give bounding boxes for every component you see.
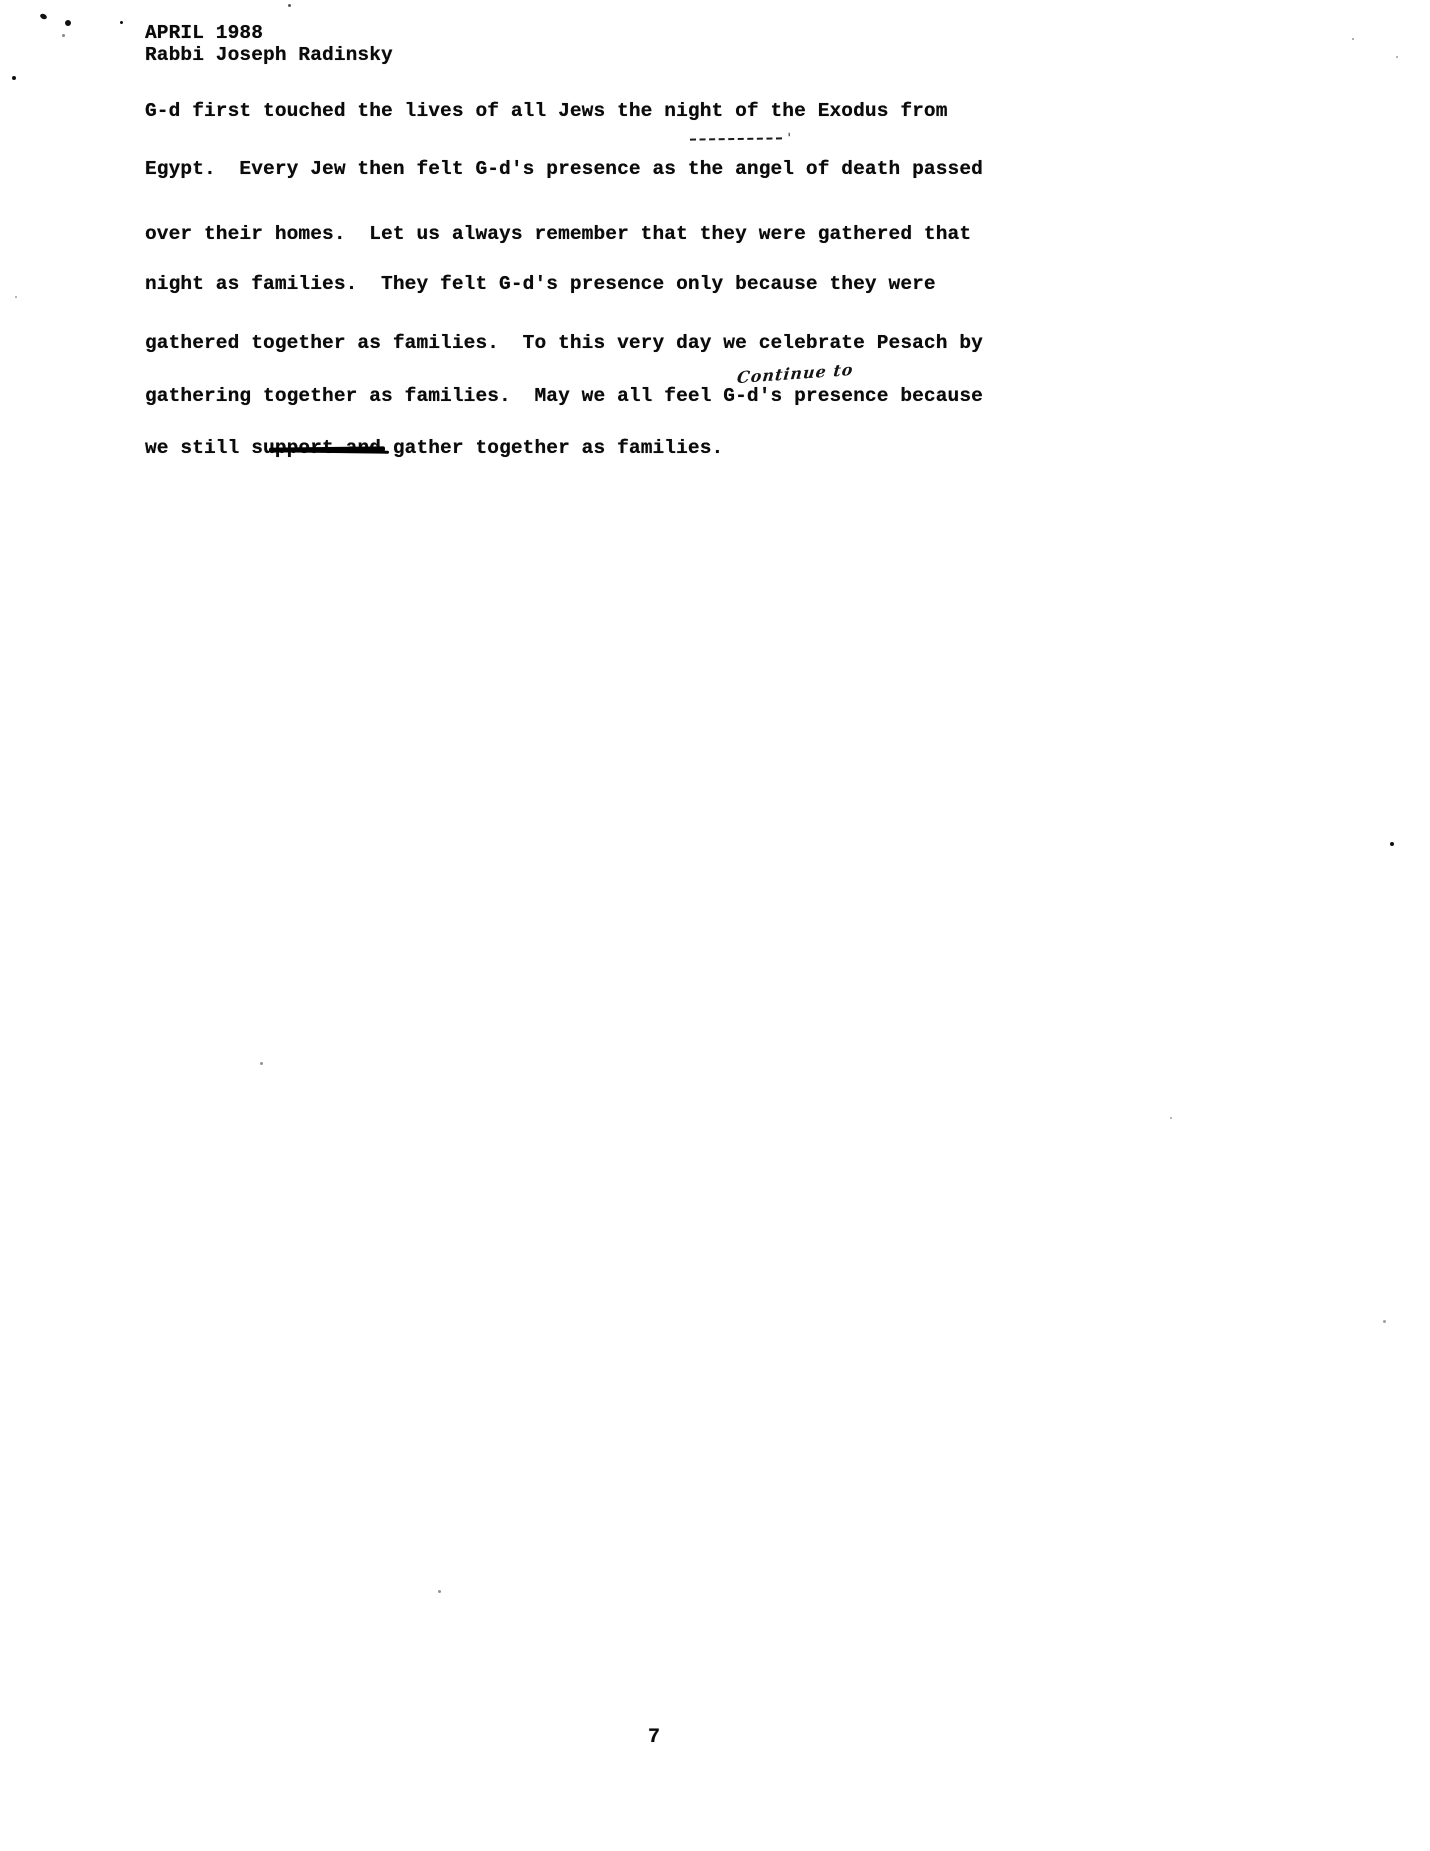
body-line-1: G-d first touched the lives of all Jews … (145, 100, 948, 122)
body-line-6: gathering together as families. May we a… (145, 385, 983, 407)
scan-speck (1352, 38, 1354, 40)
body-line-2: Egypt. Every Jew then felt G-d's presenc… (145, 158, 983, 180)
final-line-suffix: gather together as families. (381, 437, 723, 459)
scan-speck (438, 1590, 441, 1593)
body-line-4: night as families. They felt G-d's prese… (145, 273, 936, 295)
body-line-5: gathered together as families. To this v… (145, 332, 983, 354)
final-line-prefix: we still su (145, 437, 275, 459)
header-date: APRIL 1988 (145, 22, 263, 44)
scan-speck (39, 13, 47, 20)
scan-speck (65, 20, 71, 26)
body-line-3: over their homes. Let us always remember… (145, 223, 971, 245)
underline-tick-mark: ' (787, 131, 791, 146)
scan-speck (1383, 1320, 1386, 1323)
scan-speck (15, 296, 17, 298)
scanned-document-page: APRIL 1988 Rabbi Joseph Radinsky G-d fir… (0, 0, 1430, 1851)
scan-speck (62, 34, 65, 37)
body-line-7: we still support and gather together as … (145, 437, 723, 459)
page-number: 7 (648, 1726, 660, 1749)
scan-speck (1390, 842, 1394, 846)
header-author: Rabbi Joseph Radinsky (145, 44, 393, 66)
struck-out-text: pport and (275, 437, 381, 459)
scan-speck (1170, 1117, 1172, 1119)
scan-speck (288, 4, 291, 7)
scan-speck (120, 21, 123, 24)
handwritten-dashed-underline: ' (690, 137, 782, 140)
scan-speck (260, 1062, 263, 1065)
scan-speck (12, 76, 16, 80)
scan-speck (1396, 56, 1398, 58)
handwritten-insert-note: Continue to (736, 360, 854, 387)
